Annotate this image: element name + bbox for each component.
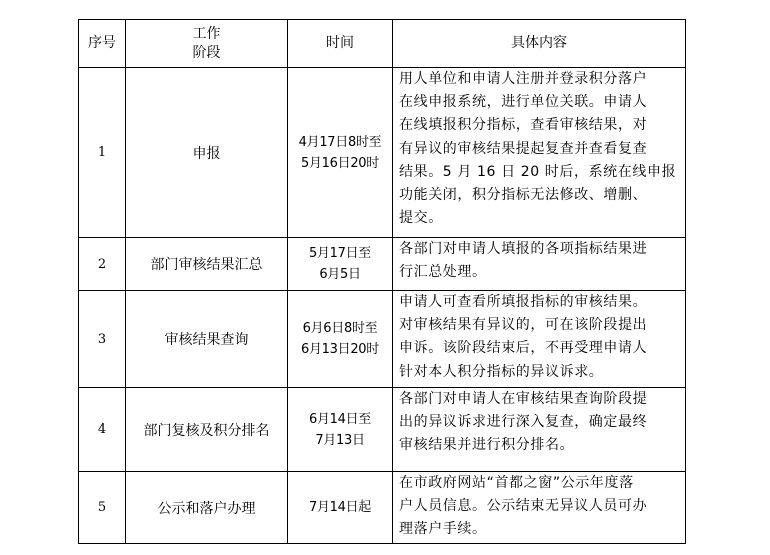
table-row: 3 审核结果查询 6月6日8时至 6月13日20时 申请人可查看所填报指标的审核… xyxy=(79,291,686,388)
row-content: 各部门对申请人在审核结果查询阶段提 出的异议诉求进行深入复查，确定最终 审核结果… xyxy=(393,388,686,472)
content-line: 各部门对申请人在审核结果查询阶段提 xyxy=(399,388,682,411)
content-line: 有异议的审核结果提起复查并查看复查 xyxy=(399,138,682,161)
time-start: 6月6日8时至 xyxy=(288,318,392,339)
row-stage: 公示和落户办理 xyxy=(126,472,288,544)
content-line: 功能关闭，积分指标无法修改、增删、 xyxy=(399,184,682,207)
row-index: 2 xyxy=(79,238,126,291)
content-line: 对审核结果有异议的，可在该阶段提出 xyxy=(399,314,682,337)
table-row: 2 部门审核结果汇总 5月17日至 6月5日 各部门对申请人填报的各项指标结果进… xyxy=(79,238,686,291)
row-time: 6月14日至 7月13日 xyxy=(288,388,393,472)
row-content: 用人单位和申请人注册并登录积分落户 在线申报系统，进行单位关联。申请人 在线填报… xyxy=(393,68,686,238)
row-time: 4月17日8时至 5月16日20时 xyxy=(288,68,393,238)
row-content: 各部门对申请人填报的各项指标结果进 行汇总处理。 xyxy=(393,238,686,291)
header-index: 序号 xyxy=(79,20,126,68)
row-index: 1 xyxy=(79,68,126,238)
time-start: 4月17日8时至 xyxy=(288,132,392,153)
content-line: 在线申报系统，进行单位关联。申请人 xyxy=(399,91,682,114)
time-end: 7月13日 xyxy=(288,430,392,451)
content-line: 理落户手续。 xyxy=(399,518,682,541)
table-row: 1 申报 4月17日8时至 5月16日20时 用人单位和申请人注册并登录积分落户… xyxy=(79,68,686,238)
time-start: 7月14日起 xyxy=(288,497,392,518)
content-line: 针对本人积分指标的异议诉求。 xyxy=(399,361,682,384)
row-content: 在市政府网站“首都之窗”公示年度落 户人员信息。公示结束无异议人员可办 理落户手… xyxy=(393,472,686,544)
row-stage: 申报 xyxy=(126,68,288,238)
content-line: 申诉。该阶段结束后，不再受理申请人 xyxy=(399,337,682,360)
time-start: 6月14日至 xyxy=(288,409,392,430)
content-line: 行汇总处理。 xyxy=(399,261,682,284)
time-end: 6月5日 xyxy=(288,264,392,285)
schedule-table: 序号 工作 阶段 时间 具体内容 1 申报 4月17日8时至 5月16日20时 … xyxy=(78,19,686,544)
table-header-row: 序号 工作 阶段 时间 具体内容 xyxy=(79,20,686,68)
header-stage-line1: 工作 xyxy=(126,25,287,44)
row-content: 申请人可查看所填报指标的审核结果。 对审核结果有异议的，可在该阶段提出 申诉。该… xyxy=(393,291,686,388)
header-content: 具体内容 xyxy=(393,20,686,68)
time-end: 5月16日20时 xyxy=(288,153,392,174)
content-line: 结果。5 月 16 日 20 时后，系统在线申报 xyxy=(399,161,682,184)
table-row: 5 公示和落户办理 7月14日起 在市政府网站“首都之窗”公示年度落 户人员信息… xyxy=(79,472,686,544)
content-line: 户人员信息。公示结束无异议人员可办 xyxy=(399,495,682,518)
row-time: 7月14日起 xyxy=(288,472,393,544)
row-index: 5 xyxy=(79,472,126,544)
content-line: 申请人可查看所填报指标的审核结果。 xyxy=(399,291,682,314)
header-stage-line2: 阶段 xyxy=(126,44,287,63)
row-index: 4 xyxy=(79,388,126,472)
row-index: 3 xyxy=(79,291,126,388)
row-time: 6月6日8时至 6月13日20时 xyxy=(288,291,393,388)
content-line: 提交。 xyxy=(399,207,682,230)
row-stage: 部门审核结果汇总 xyxy=(126,238,288,291)
content-line: 各部门对申请人填报的各项指标结果进 xyxy=(399,238,682,261)
row-stage: 审核结果查询 xyxy=(126,291,288,388)
content-line: 用人单位和申请人注册并登录积分落户 xyxy=(399,68,682,91)
content-line: 出的异议诉求进行深入复查，确定最终 xyxy=(399,411,682,434)
content-line: 在市政府网站“首都之窗”公示年度落 xyxy=(399,472,682,495)
content-line: 在线填报积分指标，查看审核结果，对 xyxy=(399,114,682,137)
header-time: 时间 xyxy=(288,20,393,68)
row-time: 5月17日至 6月5日 xyxy=(288,238,393,291)
time-end: 6月13日20时 xyxy=(288,339,392,360)
time-start: 5月17日至 xyxy=(288,243,392,264)
header-stage: 工作 阶段 xyxy=(126,20,288,68)
content-line: 审核结果并进行积分排名。 xyxy=(399,434,682,457)
row-stage: 部门复核及积分排名 xyxy=(126,388,288,472)
table-row: 4 部门复核及积分排名 6月14日至 7月13日 各部门对申请人在审核结果查询阶… xyxy=(79,388,686,472)
